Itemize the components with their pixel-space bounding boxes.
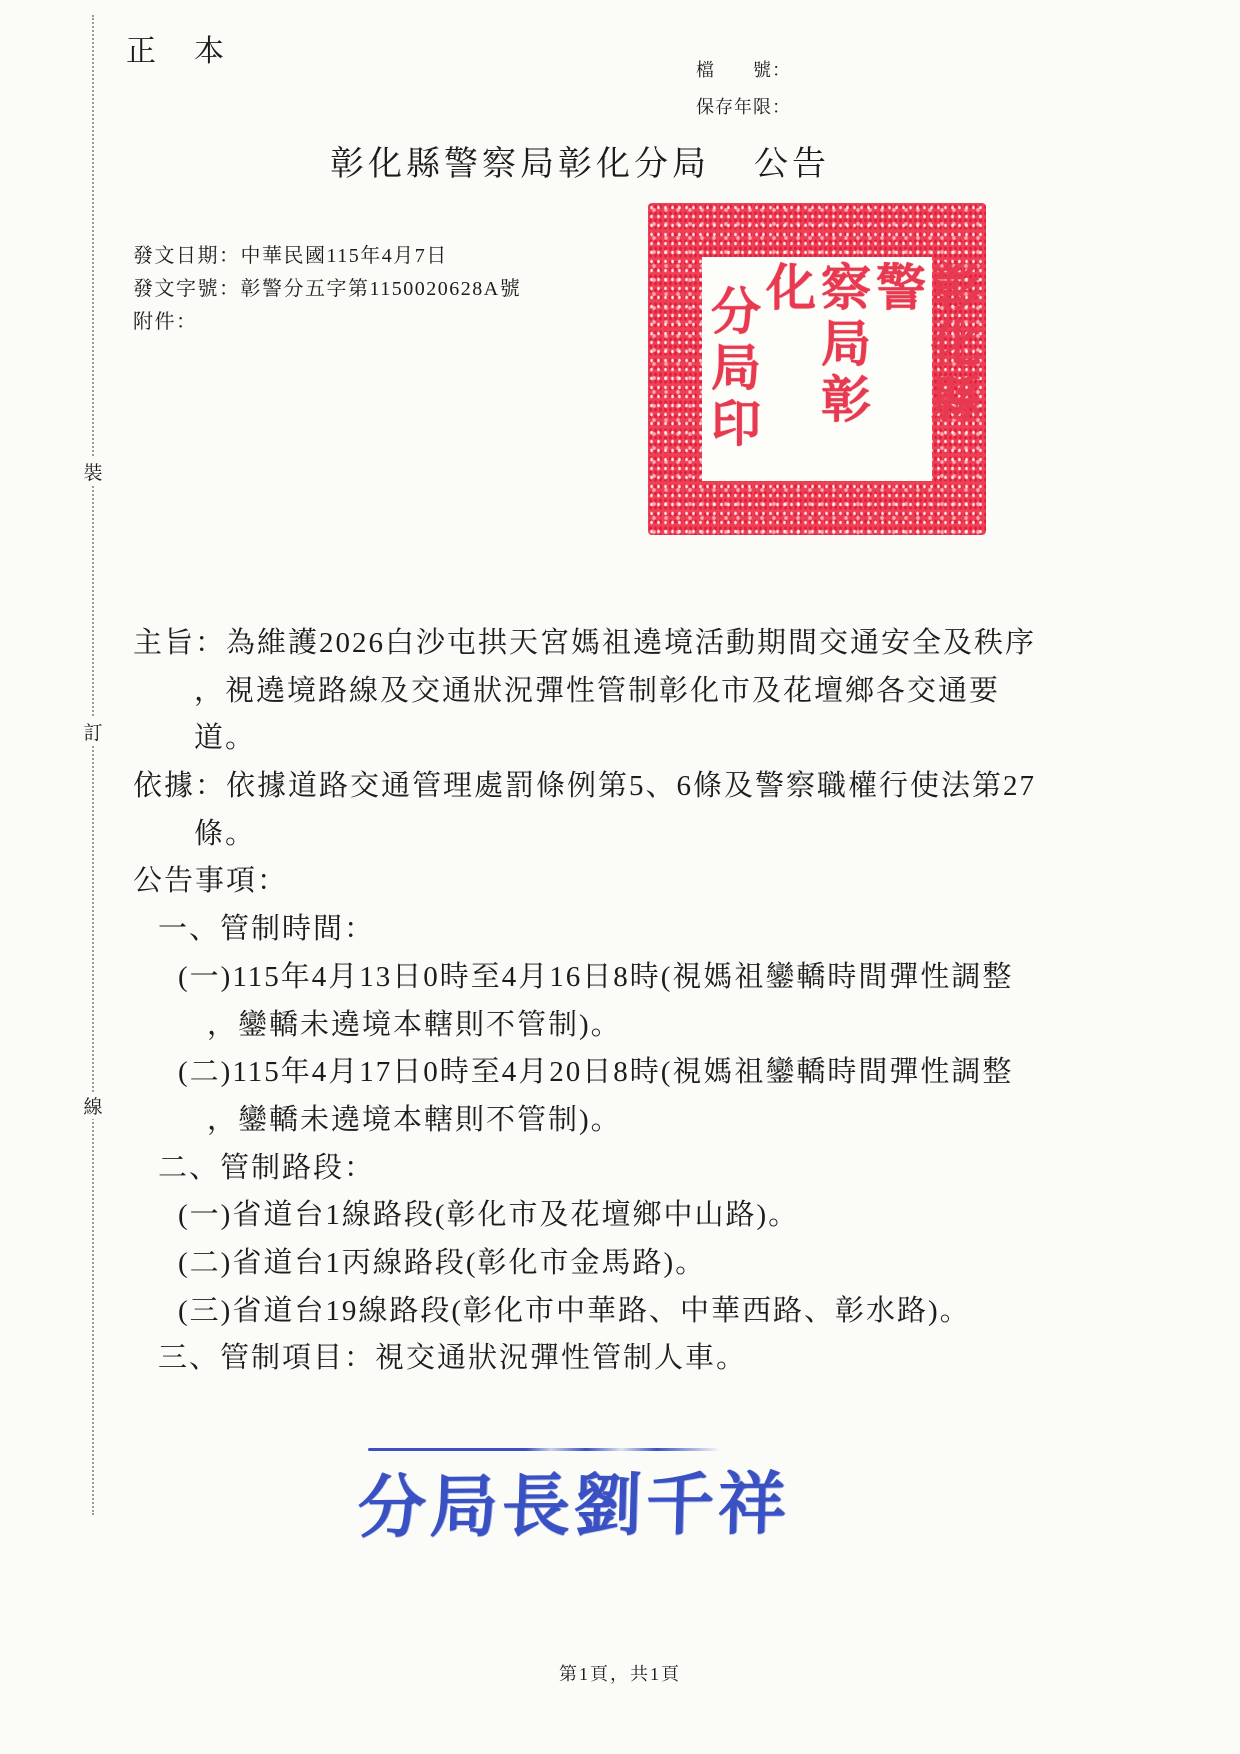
binding-mark-ding: 訂 (74, 718, 112, 745)
copy-type-label: 正 本 (126, 26, 228, 70)
body-line: ，鑾轎未遶境本轄則不管制)。 (207, 1002, 1240, 1050)
body-line-legal-basis: 依據：依據道路交通管理處罰條例第5、6條及警察職權行使法第27 (133, 763, 1240, 811)
title-organization: 彰化縣警察局彰化分局 (330, 136, 710, 185)
body-line-item-1-2: (二)115年4月17日0時至4月20日8時(視媽祖鑾轎時間彈性調整 (178, 1049, 1240, 1097)
attachment-line: 附件： (133, 306, 521, 339)
body-line-item-2-3: (三)省道台19線路段(彰化市中華路、中華西路、彰水路)。 (178, 1288, 1240, 1336)
document-meta: 發文日期：中華民國115年4月7日 發文字號：彰警分五字第1150020628A… (133, 240, 521, 339)
binding-mark-xian: 線 (74, 1092, 112, 1119)
chief-signature-stamp: 分局長劉千祥 (357, 1450, 792, 1551)
body-line-subject: 主旨：為維護2026白沙屯拱天宮媽祖遶境活動期間交通安全及秩序 (133, 620, 1240, 668)
body-line-item-1: 一、管制時間： (158, 906, 1240, 954)
page-footer: 第1頁，共1頁 (0, 1660, 1240, 1686)
announcement-body: 主旨：為維護2026白沙屯拱天宮媽祖遶境活動期間交通安全及秩序 ，視遶境路線及交… (0, 620, 1240, 1383)
title-doc-type: 公告 (754, 136, 830, 185)
archival-header: 檔 號： 保存年限： (696, 52, 791, 126)
seal-text-column: 分局印 (704, 285, 759, 453)
body-line-item-1-1: (一)115年4月13日0時至4月16日8時(視媽祖鑾轎時間彈性調整 (178, 954, 1240, 1002)
seal-text-column: 察局彰化 (759, 261, 869, 477)
attachment-label: 附件： (133, 311, 198, 333)
body-line: ，鑾轎未遶境本轄則不管制)。 (207, 1097, 1240, 1145)
doc-number-label: 發文字號： (133, 278, 241, 300)
retention-period-label: 保存年限： (696, 89, 791, 126)
body-line-item-2-1: (一)省道台1線路段(彰化市及花壇鄉中山路)。 (178, 1192, 1240, 1240)
official-seal-stamp: 彰化縣警 察局彰化 分局印 (648, 203, 986, 535)
body-line: ，視遶境路線及交通狀況彈性管制彰化市及花壇鄉各交通要 (194, 668, 1240, 716)
body-line-items-header: 公告事項： (133, 858, 1240, 906)
issue-date-value: 中華民國115年4月7日 (241, 245, 448, 267)
body-line-item-2-2: (二)省道台1丙線路段(彰化市金馬路)。 (178, 1240, 1240, 1288)
binding-mark-zhuang: 裝 (74, 458, 112, 485)
body-line: 條。 (194, 811, 1240, 859)
doc-number-value: 彰警分五字第1150020628A號 (241, 278, 522, 300)
issue-date-line: 發文日期：中華民國115年4月7日 (133, 240, 521, 273)
file-number-label: 檔 號： (696, 52, 791, 89)
doc-number-line: 發文字號：彰警分五字第1150020628A號 (133, 273, 521, 306)
body-line-item-3: 三、管制項目：視交通狀況彈性管制人車。 (158, 1335, 1240, 1383)
document-page: { "document": { "copy_label": "正 本", "fi… (0, 0, 1240, 1754)
body-line: 道。 (194, 715, 1240, 763)
issue-date-label: 發文日期： (133, 245, 241, 267)
seal-inner-field: 彰化縣警 察局彰化 分局印 (702, 257, 932, 481)
document-title: 彰化縣警察局彰化分局 公告 (330, 136, 830, 185)
body-line-item-2: 二、管制路段： (158, 1145, 1240, 1193)
seal-text-column: 彰化縣警 (869, 261, 979, 477)
